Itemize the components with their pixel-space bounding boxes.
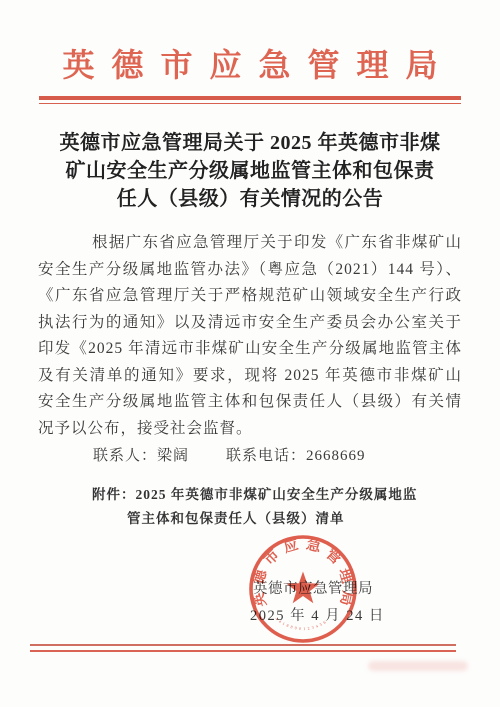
attachment-line: 附件：2025 年英德市非煤矿山安全生产分级属地监管主体和包保责任人（县级）清单 xyxy=(92,483,423,531)
body-paragraph: 根据广东省应急管理厅关于印发《广东省非煤矿山安全生产分级属地监管办法》（粤应急（… xyxy=(38,230,462,442)
scan-smudge xyxy=(368,661,468,671)
attachment-label: 附件： xyxy=(92,487,136,502)
official-seal: 英德市应急管理局 4418800123456 xyxy=(247,533,359,645)
contact-line: 联系人：梁阔联系电话：2668669 xyxy=(93,443,500,469)
seal-star-icon xyxy=(286,572,319,604)
letterhead-rule xyxy=(39,96,461,104)
document-title: 英德市应急管理局关于 2025 年英德市非煤矿山安全生产分级属地监管主体和包保责… xyxy=(56,129,444,213)
letterhead-agency-name: 英德市应急管理局 xyxy=(0,44,500,86)
seal-code: 4418800123456 xyxy=(274,616,327,631)
contact-person-label: 联系人： xyxy=(93,448,157,464)
footer-rule-bottom xyxy=(30,650,456,652)
contact-phone-number: 2668669 xyxy=(306,448,366,464)
contact-person-name: 梁阔 xyxy=(157,448,189,464)
attachment-title: 2025 年英德市非煤矿山安全生产分级属地监管主体和包保责任人（县级）清单 xyxy=(127,487,417,526)
letterhead-rule-thin xyxy=(39,103,461,105)
document-page: 英德市应急管理局 英德市应急管理局关于 2025 年英德市非煤矿山安全生产分级属… xyxy=(0,0,500,707)
letterhead-rule-thick xyxy=(39,96,461,100)
contact-phone-label: 联系电话： xyxy=(226,448,306,464)
seal-ring-text: 英德市应急管理局 xyxy=(249,535,357,609)
footer-rule-top xyxy=(30,644,456,646)
